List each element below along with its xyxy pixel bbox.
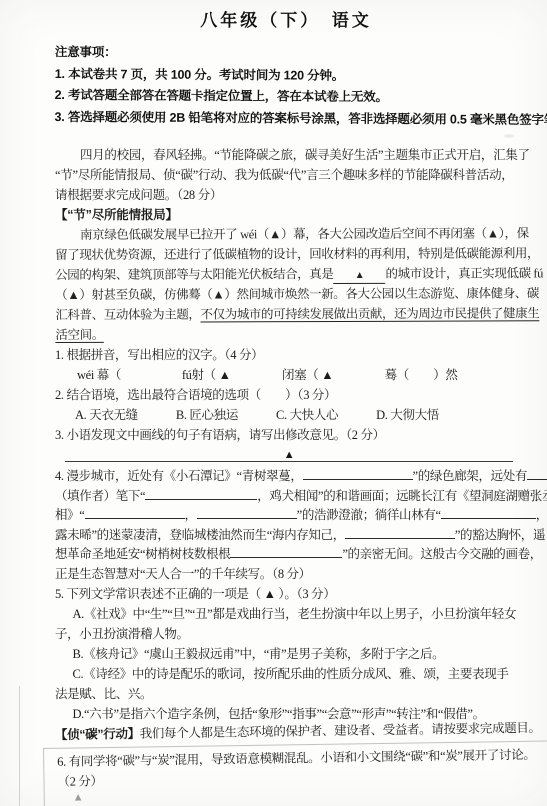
question-3-text: 3. 小语发现文中画线的句子有语病，请写出修改意见。（2 分） xyxy=(55,425,517,445)
question-4-line: 相》“，”的浩渺澄澈；徜徉山林有“，白 xyxy=(55,506,517,526)
question-text: ，鸡犬相闻”的和谐画面；远眺长江有《望洞庭湖赠张丞 xyxy=(257,489,547,503)
passage-line: （▲）射甚至负碳，仿佛蓦（▲）然间城市焕然一新。各大公园以生态游览、康体健身、碳 xyxy=(55,283,517,305)
passage-line: 汇科普、互动体验为主题，不仅为城市的可持续发展做出贡献，还为周边市民提供了健康生 xyxy=(55,303,517,325)
carbon-action-bracket: 【侦“碳”行动】 xyxy=(55,727,140,742)
question-text: ”的浩渺澄澈；徜徉山林有“ xyxy=(297,508,441,522)
notice-item-2: 2. 考试答题全部答在答题卡指定位置上，答在本试卷上无效。 xyxy=(55,85,517,109)
question-4-line: 4. 漫步城市，近处有《小石潭记》“青树翠蔓，”的绿色廊架，远处有 xyxy=(55,467,517,487)
underlined-sentence: 不仅为城市的可持续发展做出贡献，还为周边市民提供了健康生 xyxy=(200,306,539,321)
exam-paper-scan: 八年级（下） 语文 注意事项： 1. 本试卷共 7 页，共 100 分。考试时间… xyxy=(0,0,547,806)
carbon-action-text: 我们每个人都是生态环境的保护者、建设者、受益者。请按要求完成题目。 xyxy=(140,721,541,741)
reading-passage: 南京绿色低碳发展早已拉开了 wéi（▲）幕，各大公园改造后空间不再闭塞（▲），保… xyxy=(55,223,517,345)
section-heading-information-bureau: 【“节”尽所能情报局】 xyxy=(55,205,517,225)
option-a: A. 天衣无缝 xyxy=(75,405,138,425)
answer-blank xyxy=(527,467,547,480)
passage-line: 留了现状优势资源，还进行了低碳植物的设计，回收材料的再利用，特别是低碳能源利用， xyxy=(55,243,517,265)
notice-item-3: 3. 答选择题必须使用 2B 铅笔将对应的答案标号涂黑，答非选择题必须用 0.5… xyxy=(54,106,516,130)
question-text: （填作者）笔下“ xyxy=(55,489,145,503)
option-b: B. 匠心独运 xyxy=(176,405,238,425)
intro-line: 四月的校园，春风轻拂。“节能降碳之旅，碳寻美好生活”主题集市正式开启，汇集了 xyxy=(55,145,517,165)
passage-line: 公园的构架、建筑顶部等与太阳能光伏板结合，真是▲的城市设计，真正实现低碳 fú xyxy=(55,263,517,285)
questions-section: 1. 根据拼音，写出相应的汉字。（4 分） wéi 幕（ fú射（ ▲ 闭塞（ … xyxy=(55,345,517,806)
question-text: 露未晞”的迷蒙凄清，登临城楼油然而生“海内存知己， xyxy=(55,528,345,542)
passage-line: 活空间。 xyxy=(55,323,517,345)
passage-text: 的城市设计，真正实现低碳 fú xyxy=(385,266,543,281)
passage-line: 南京绿色低碳发展早已拉开了 wéi（▲）幕，各大公园改造后空间不再闭塞（▲），保 xyxy=(55,223,517,245)
option-c: C. 大快人心 xyxy=(276,405,338,425)
scan-edge-artifact xyxy=(19,686,20,806)
triangle-marker: ▲ xyxy=(284,450,295,461)
triangle-marker: ▲ xyxy=(355,270,365,281)
question-2-text: 2. 结合语境，选出最符合语境的选项（ ）（3 分） xyxy=(55,385,517,405)
question-4-line: （填作者）笔下“，鸡犬相闻”的和谐画面；远眺长江有《望洞庭湖赠张丞 xyxy=(55,487,517,507)
answer-line: ▲ xyxy=(65,446,513,462)
notice-heading: 注意事项： xyxy=(55,42,517,66)
answer-blank-with-triangle: ▲ xyxy=(333,269,385,284)
intro-paragraph: 四月的校园，春风轻拂。“节能降碳之旅，碳寻美好生活”主题集市正式开启，汇集了 “… xyxy=(55,145,517,205)
question-6-box: 6. 有同学将“碳”与“炭”混用，导致语意模糊混乱。小语和小文围绕“碳”和“炭”… xyxy=(43,740,547,806)
notice-item-1: 1. 本试卷共 7 页，共 100 分。考试时间为 120 分钟。 xyxy=(55,63,517,87)
answer-blank xyxy=(345,526,455,539)
question-4-line: 想革命圣地延安“树梢树枝数根根”的亲密无间。这般古今交融的画卷， xyxy=(55,545,517,565)
question-text: 相》“ xyxy=(55,508,85,522)
passage-text: 公园的构架、建筑顶部等与太阳能光伏板结合，真是 xyxy=(55,267,333,282)
page-content: 八年级（下） 语文 注意事项： 1. 本试卷共 7 页，共 100 分。考试时间… xyxy=(55,6,517,806)
question-text: ，白 xyxy=(536,508,547,522)
question-5: 5. 下列文学常识表述不正确的一项是（ ▲ ）。（3 分） A.《社戏》中“生”… xyxy=(55,584,517,724)
answer-blank xyxy=(145,487,257,500)
question-5-text: 5. 下列文学常识表述不正确的一项是（ ▲ ）。（3 分） xyxy=(55,584,517,604)
question-text: 想革命圣地延安“树梢树枝数根根 xyxy=(55,547,230,561)
question-5-option-a: A.《社戏》中“生”“旦”“丑”都是戏曲行当，老生扮演中年以上男子，小旦扮演年轻… xyxy=(55,604,517,644)
answer-blank xyxy=(303,467,413,480)
answer-blank xyxy=(230,545,342,558)
question-text: 4. 漫步城市，近处有《小石潭记》“青树翠蔓， xyxy=(55,469,303,483)
answer-blank xyxy=(441,506,536,519)
answer-blank xyxy=(197,506,297,519)
question-text: ”的亲密无间。这般古今交融的画卷， xyxy=(342,547,542,561)
question-text: ， xyxy=(185,508,197,522)
question-2-options: A. 天衣无缝 B. 匠心独运 C. 大快人心 D. 大彻大悟 xyxy=(55,405,517,425)
notice-section: 注意事项： 1. 本试卷共 7 页，共 100 分。考试时间为 120 分钟。 … xyxy=(54,42,517,131)
answer-blank xyxy=(85,506,185,519)
question-4-line: 露未晞”的迷蒙凄清，登临城楼油然而生“海内存知己，”的豁达胸怀，遥 xyxy=(55,526,517,546)
question-text: ”的绿色廊架，远处有 xyxy=(413,469,528,483)
paper-title: 八年级（下） 语文 xyxy=(55,6,517,31)
question-text: ”的豁达胸怀，遥 xyxy=(455,528,545,542)
question-1-text: 1. 根据拼音，写出相应的汉字。（4 分） xyxy=(55,345,517,365)
passage-text: 汇科普、互动体验为主题， xyxy=(55,307,200,322)
question-5-option-c: C.《诗经》中的诗是配乐的歌词，按所配乐曲的性质分成风、雅、颂，主要表现手法是赋… xyxy=(55,664,517,704)
question-5-option-b: B.《核舟记》“虞山王毅叔远甫”中，“甫”是男子美称，多附于字之后。 xyxy=(55,644,517,664)
intro-line: 请根据要求完成问题。（28 分） xyxy=(55,185,517,205)
question-4-line: 正是生态智慧对“天人合一”的千年续写。（8 分） xyxy=(55,565,517,585)
question-1-pinyin-row: wéi 幕（ fú射（ ▲ 闭塞（ ▲ 蓦（ ）然 xyxy=(55,365,517,385)
intro-line: “节”尽所能情报局、侦“碳”行动、我为低碳“代”言三个趣味多样的节能降碳科普活动… xyxy=(55,165,517,185)
option-d: D. 大彻大悟 xyxy=(376,405,439,425)
underlined-sentence: 活空间。 xyxy=(55,328,103,342)
question-4: 4. 漫步城市，近处有《小石潭记》“青树翠蔓，”的绿色廊架，远处有 （填作者）笔… xyxy=(55,467,517,584)
